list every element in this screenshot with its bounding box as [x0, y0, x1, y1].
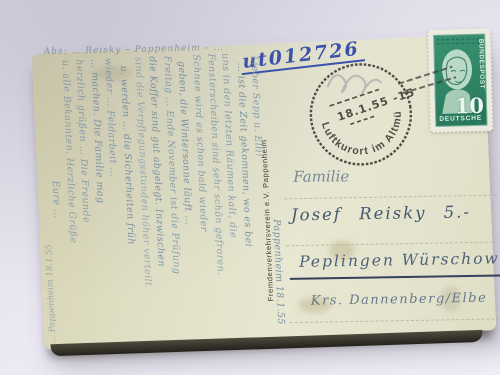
address-ruled-line: [286, 241, 500, 246]
address-ruled-line: [284, 195, 496, 200]
hand-underline: [290, 274, 500, 279]
address-name: Josef Reisky 5.-: [291, 202, 471, 224]
postmark-date: 18.1.55 -15: [336, 86, 417, 124]
postcard-back: Abs: … Reisky – Pappenheim – … … Pappenh…: [32, 34, 496, 349]
stamp-bundespost-label: BUNDESPOST: [477, 39, 484, 49]
postmark: Luftkurort im Altmühltal 18.1.55 -15: [294, 40, 471, 181]
postcard-photo: Abs: … Reisky – Pappenheim – … … Pappenh…: [0, 0, 500, 375]
handwritten-message: Pappenheim 18.1.55Lieber Sepp u. Elli!… …: [41, 51, 288, 351]
address-ruled-line: [290, 318, 500, 323]
address-district: Krs. Dannenberg/Elbe: [311, 291, 488, 309]
address-place: Peplingen Würschow: [299, 249, 500, 270]
